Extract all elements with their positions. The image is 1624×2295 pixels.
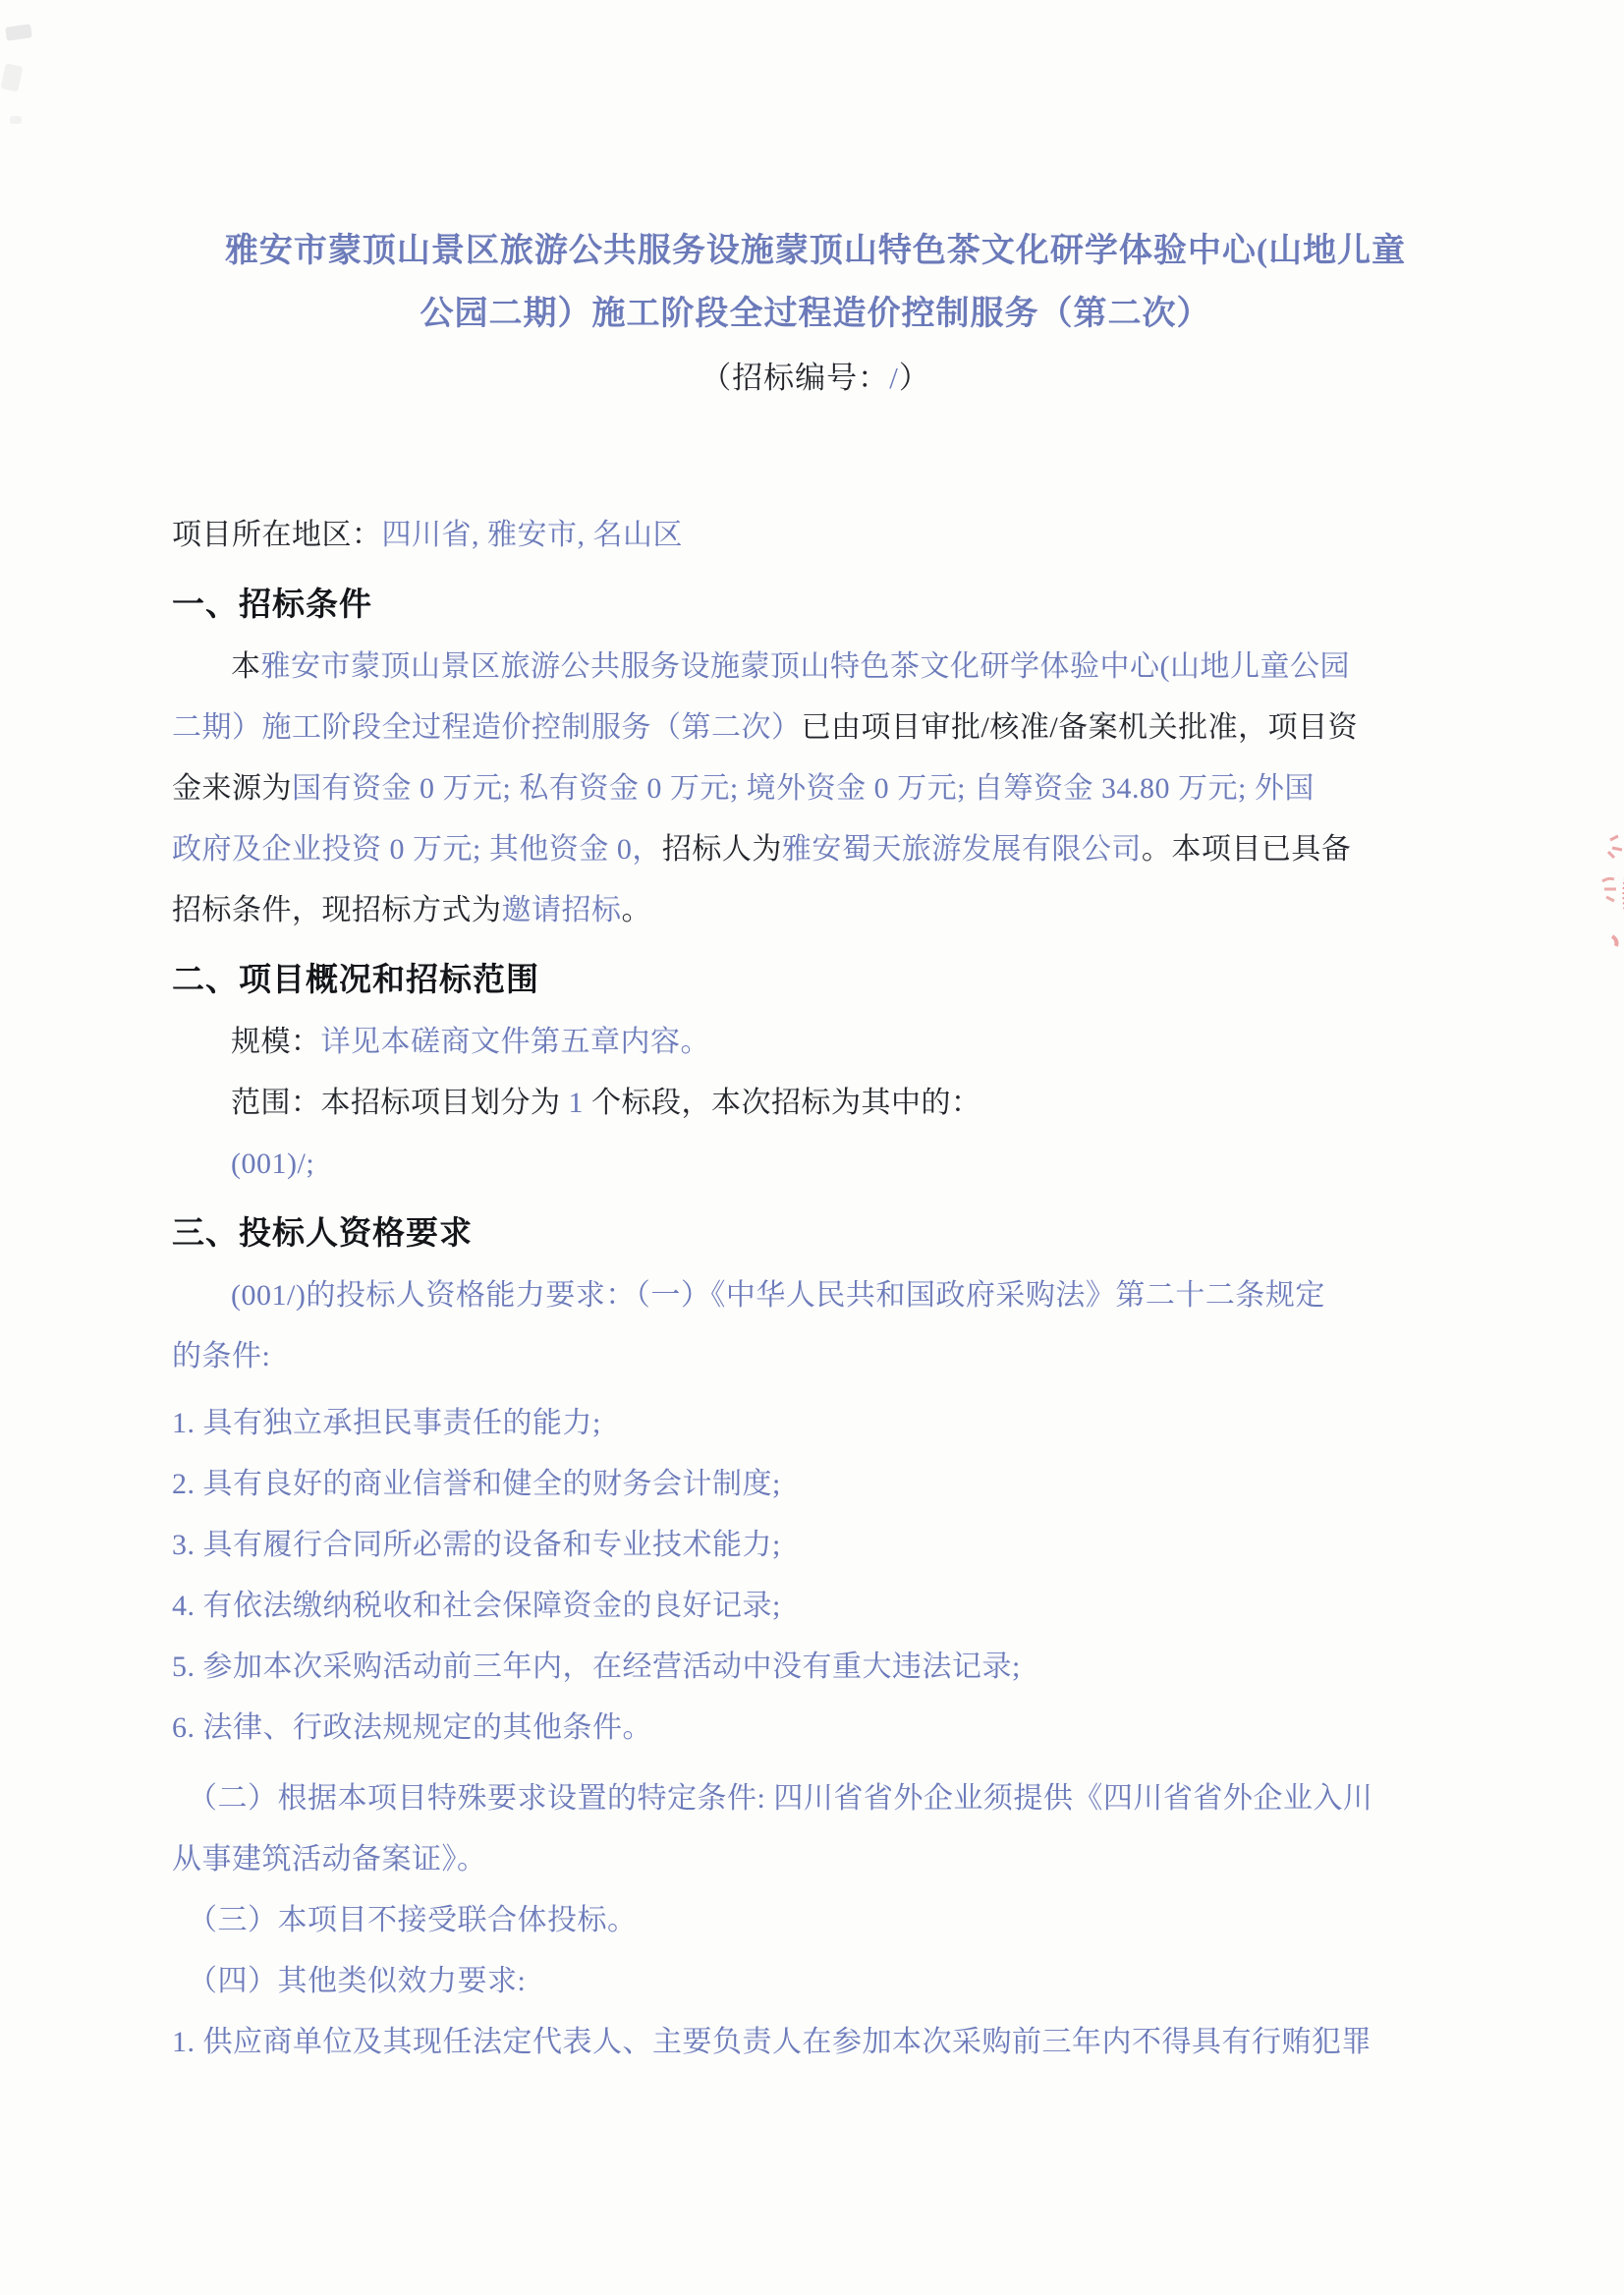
qualification-intro-line: 的条件: bbox=[172, 1326, 1459, 1387]
tender-number-line: （招标编号：/） bbox=[172, 346, 1459, 411]
text-segment: 二期）施工阶段全过程造价控制服务（第二次） bbox=[172, 711, 802, 744]
seal-arc-icon bbox=[1553, 779, 1624, 1015]
text-segment: （三）本项目不接受联合体投标。 bbox=[188, 1904, 638, 1936]
text-segment: 。 bbox=[622, 894, 652, 926]
special-condition-line: 从事建筑活动备案证》。 bbox=[172, 1829, 1459, 1890]
text-segment: 政府及企业投资 0 万元; 其他资金 0， bbox=[172, 833, 662, 866]
text-segment: 5. 参加本次采购活动前三年内，在经营活动中没有重大违法记录; bbox=[172, 1651, 1021, 1683]
list-item: 5. 参加本次采购活动前三年内，在经营活动中没有重大违法记录; bbox=[172, 1637, 1459, 1698]
text-segment: 2. 具有良好的商业信誉和健全的财务会计制度; bbox=[172, 1468, 781, 1500]
list-item: 1. 供应商单位及其现任法定代表人、主要负责人在参加本次采购前三年内不得具有行贿… bbox=[172, 2012, 1459, 2073]
list-item: 1. 具有独立承担民事责任的能力; bbox=[172, 1393, 1459, 1454]
document-title-line2: 公园二期）施工阶段全过程造价控制服务（第二次） bbox=[172, 283, 1459, 346]
list-item: 6. 法律、行政法规规定的其他条件。 bbox=[172, 1698, 1459, 1759]
text-segment: 的条件: bbox=[172, 1340, 270, 1372]
text-segment: （招标编号： bbox=[700, 361, 889, 395]
list-item: 2. 具有良好的商业信誉和健全的财务会计制度; bbox=[172, 1454, 1459, 1515]
scan-smudge-artifact bbox=[10, 116, 22, 124]
text-segment: 项目所在地区： bbox=[172, 519, 382, 551]
text-segment: 详见本磋商文件第五章内容。 bbox=[321, 1026, 711, 1058]
text-segment: 邀请招标 bbox=[502, 894, 622, 926]
text-segment: / bbox=[889, 361, 899, 395]
text-segment: 四川省, 雅安市, 名山区 bbox=[382, 519, 684, 551]
text-segment: 国有资金 0 万元; 私有资金 0 万元; 境外资金 0 万元; 自筹资金 34… bbox=[292, 772, 1315, 805]
list-item: 4. 有依法缴纳税收和社会保障资金的良好记录; bbox=[172, 1576, 1459, 1637]
text-segment: 6. 法律、行政法规规定的其他条件。 bbox=[172, 1711, 652, 1744]
text-segment: (001/)的投标人资格能力要求：（一）《中华人民共和国政府采购法》第二十二条规… bbox=[231, 1279, 1325, 1312]
body-line: 政府及企业投资 0 万元; 其他资金 0，招标人为雅安蜀天旅游发展有限公司。本项… bbox=[172, 819, 1459, 880]
text-segment: 个标段，本次招标为其中的： bbox=[584, 1087, 981, 1119]
body-line: 二期）施工阶段全过程造价控制服务（第二次）已由项目审批/核准/备案机关批准，项目… bbox=[172, 698, 1459, 758]
text-segment: 1 bbox=[569, 1087, 585, 1119]
text-segment: 已由项目审批/核准/备案机关批准，项目资 bbox=[802, 711, 1359, 744]
text-segment: (001)/; bbox=[231, 1147, 314, 1180]
qualification-intro-line: (001/)的投标人资格能力要求：（一）《中华人民共和国政府采购法》第二十二条规… bbox=[172, 1265, 1459, 1326]
text-segment: 3. 具有履行合同所必需的设备和专业技术能力; bbox=[172, 1529, 781, 1561]
project-location-line: 项目所在地区：四川省, 雅安市, 名山区 bbox=[172, 505, 1459, 566]
body-line: 本雅安市蒙顶山景区旅游公共服务设施蒙顶山特色茶文化研学体验中心(山地儿童公园 bbox=[172, 637, 1459, 698]
text-segment: 1. 供应商单位及其现任法定代表人、主要负责人在参加本次采购前三年内不得具有行贿… bbox=[172, 2026, 1372, 2058]
special-condition-line: （二）根据本项目特殊要求设置的特定条件: 四川省省外企业须提供《四川省省外企业入… bbox=[172, 1768, 1459, 1829]
consortium-line: （三）本项目不接受联合体投标。 bbox=[172, 1890, 1459, 1951]
text-segment: 招标条件，现招标方式为 bbox=[172, 894, 502, 926]
text-segment: 规模： bbox=[231, 1026, 321, 1058]
text-segment: 招标人为 bbox=[662, 833, 782, 866]
body-line: 金来源为国有资金 0 万元; 私有资金 0 万元; 境外资金 0 万元; 自筹资… bbox=[172, 758, 1459, 819]
text-segment: 雅安市蒙顶山景区旅游公共服务设施蒙顶山特色茶文化研学体验中心(山地儿童公园 bbox=[261, 650, 1351, 683]
text-segment: 本 bbox=[231, 650, 261, 683]
document-page: 雅安市蒙顶山景区旅游公共服务设施蒙顶山特色茶文化研学体验中心(山地儿童 公园二期… bbox=[0, 0, 1624, 2295]
scope-line: 范围：本招标项目划分为 1 个标段，本次招标为其中的： bbox=[172, 1073, 1459, 1134]
text-segment: （四）其他类似效力要求: bbox=[188, 1965, 526, 1997]
document-title-line1: 雅安市蒙顶山景区旅游公共服务设施蒙顶山特色茶文化研学体验中心(山地儿童 bbox=[172, 220, 1459, 283]
scan-smudge-artifact bbox=[0, 63, 23, 91]
other-requirements-line: （四）其他类似效力要求: bbox=[172, 1951, 1459, 2012]
section3-heading: 三、投标人资格要求 bbox=[172, 1208, 1459, 1258]
section2-heading: 二、项目概况和招标范围 bbox=[172, 955, 1459, 1004]
text-segment: 。本项目已具备 bbox=[1142, 833, 1352, 866]
text-segment: 范围：本招标项目划分为 bbox=[231, 1087, 569, 1119]
lot-line: (001)/; bbox=[172, 1134, 1459, 1195]
official-seal-partial bbox=[1553, 779, 1624, 1015]
text-segment: 1. 具有独立承担民事责任的能力; bbox=[172, 1407, 601, 1439]
text-segment: ） bbox=[899, 361, 930, 395]
list-item: 3. 具有履行合同所必需的设备和专业技术能力; bbox=[172, 1515, 1459, 1576]
section1-heading: 一、招标条件 bbox=[172, 580, 1459, 629]
text-segment: 雅安蜀天旅游发展有限公司 bbox=[782, 833, 1142, 866]
text-segment: 4. 有依法缴纳税收和社会保障资金的良好记录; bbox=[172, 1590, 781, 1622]
body-line: 招标条件，现招标方式为邀请招标。 bbox=[172, 880, 1459, 941]
spacer bbox=[172, 411, 1459, 505]
scan-smudge-artifact bbox=[5, 24, 32, 40]
text-segment: 金来源为 bbox=[172, 772, 292, 805]
text-segment: （二）根据本项目特殊要求设置的特定条件: 四川省省外企业须提供《四川省省外企业入… bbox=[188, 1782, 1372, 1815]
scale-line: 规模：详见本磋商文件第五章内容。 bbox=[172, 1012, 1459, 1073]
document-body: 雅安市蒙顶山景区旅游公共服务设施蒙顶山特色茶文化研学体验中心(山地儿童 公园二期… bbox=[172, 220, 1459, 2073]
text-segment: 从事建筑活动备案证》。 bbox=[172, 1843, 487, 1875]
